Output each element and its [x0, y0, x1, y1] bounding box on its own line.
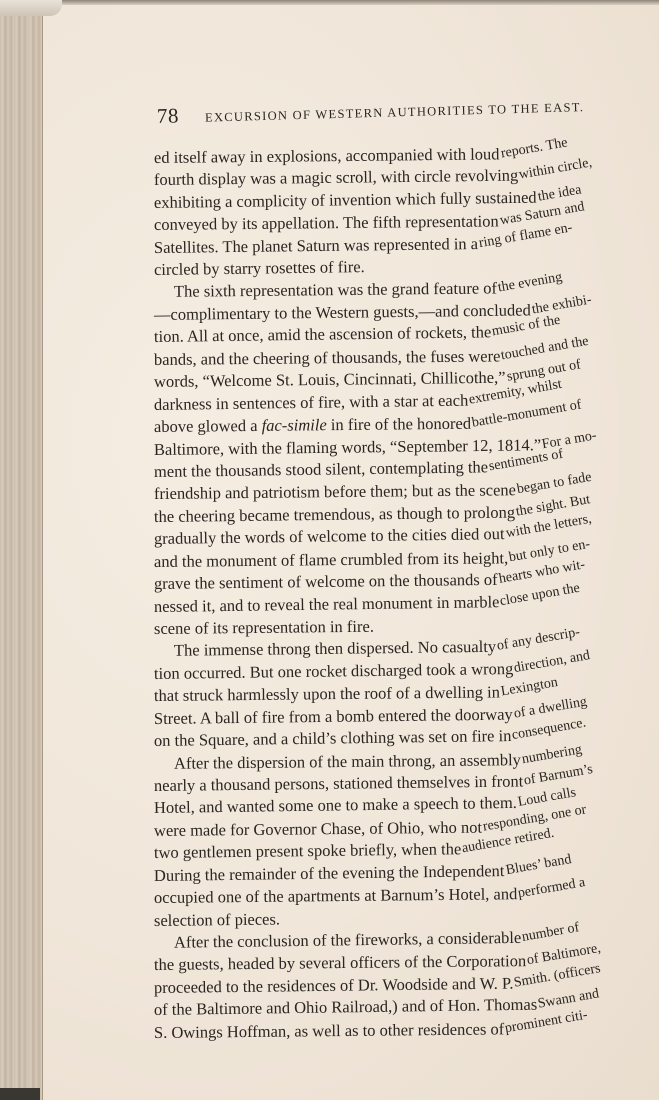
text-line-main: The sixth representation was the grand f… — [174, 278, 497, 301]
text-line-main: occupied one of the apartments at Barnum… — [154, 884, 518, 908]
text-line-main: darkness in sentences of fire, with a st… — [154, 391, 469, 415]
text-line-main: tion occurred. But one rocket discharged… — [154, 659, 514, 684]
text-line-main: gradually the words of welcome to the ci… — [154, 524, 505, 549]
text-line-main: circled by starry rosettes of fire. — [154, 257, 365, 280]
text-line-main: words, “Welcome St. Louis, Cincinnati, C… — [154, 368, 506, 392]
page-top-edge — [42, 0, 659, 5]
text-line-main: After the dispersion of the main throng,… — [174, 750, 521, 774]
text-line-main: friendship and patriotism before them; b… — [154, 480, 516, 504]
italic-term: fac-simile — [262, 415, 327, 435]
text-line-main: selection of pieces. — [154, 909, 280, 931]
text-line-main: the cheering became tremendous, as thoug… — [154, 503, 515, 527]
text-line-main: tion. All at once, amid the ascension of… — [154, 322, 491, 347]
text-line: S. Owings Hoffman, as well as to other r… — [154, 1019, 574, 1045]
page-number: 78 — [157, 103, 180, 128]
text-line-main: The immense throng then dispersed. No ca… — [174, 637, 496, 661]
text-line-main: ed itself away in explosions, accompanie… — [154, 144, 500, 168]
text-line-main: were made for Governor Chase, of Ohio, w… — [154, 818, 482, 841]
text-line-main: grave the sentiment of welcome on the th… — [154, 570, 498, 594]
text-line-main: —complimentary to the Western guests,—an… — [154, 300, 531, 325]
text-line-main: fourth display was a magic scroll, with … — [154, 166, 518, 190]
text-line-main: proceeded to the residences of Dr. Woods… — [154, 974, 514, 998]
text-line-main: exhibiting a complicity of invention whi… — [154, 188, 537, 213]
text-line-main: conveyed by its appellation. The fifth r… — [154, 211, 499, 235]
text-line-main: During the remainder of the evening the … — [154, 861, 505, 886]
book-binding-edge — [0, 0, 43, 1100]
text-line-main: Satellites. The planet Saturn was repres… — [154, 234, 478, 258]
text-line-main: of the Baltimore and Ohio Railroad,) and… — [154, 995, 537, 1020]
text-line-main: and the monument of flame crumbled from … — [154, 548, 508, 572]
page-bottom-shadow — [0, 1088, 40, 1100]
text-line-main: Hotel, and wanted some one to make a spe… — [154, 793, 517, 818]
text-line-main: bands, and the cheering of thousands, th… — [154, 346, 501, 370]
text-line-main: that struck harmlessly upon the roof of … — [154, 682, 500, 706]
text-line-main: nearly a thousand persons, stationed the… — [154, 771, 524, 796]
text-line-main: nessed it, and to reveal the real monume… — [154, 592, 500, 617]
text-line-main: on the Square, and a child’s clothing wa… — [154, 726, 512, 751]
text-line-main: two gentlemen present spoke briefly, whe… — [154, 839, 462, 863]
text-line-main: above glowed a fac-simile in fire of the… — [154, 414, 471, 437]
text-line-main: Street. A ball of fire from a bomb enter… — [154, 705, 513, 729]
text-line-main: scene of its representation in fire. — [154, 617, 374, 639]
text-line-main: S. Owings Hoffman, as well as to other r… — [154, 1019, 504, 1043]
text-line-main: ment the thousands stood silent, contemp… — [154, 457, 488, 482]
text-line-main: After the conclusion of the fireworks, a… — [174, 928, 522, 953]
text-line-main: Baltimore, with the flaming words, “Sept… — [154, 435, 541, 460]
text-line-main: the guests, headed by several officers o… — [154, 951, 526, 975]
